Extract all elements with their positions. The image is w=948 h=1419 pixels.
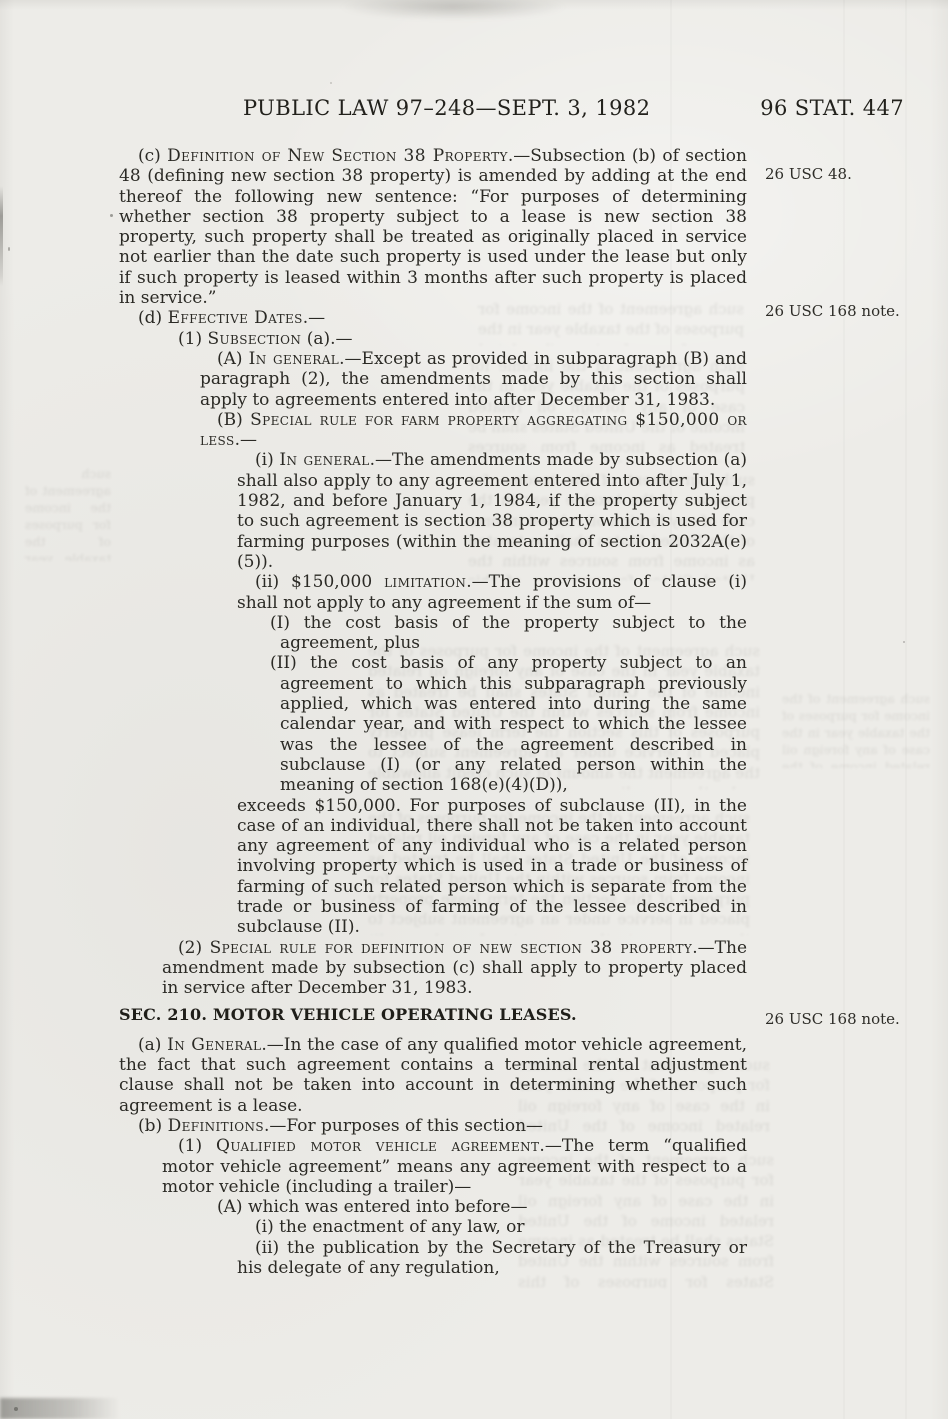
text-run: .— [303,308,325,328]
paragraph-d1Bii-flush: exceeds $150,000. For purposes of subcla… [237,796,747,938]
text-run: (A) which was entered into before— [217,1197,527,1217]
text-run: (a).— [301,329,352,349]
bleed-through-text: such agreement of the income for purpose… [782,690,930,768]
small-caps-run: limitation [384,572,466,592]
text-run: (d) [138,308,168,328]
section-210-heading: SEC. 210. MOTOR VEHICLE OPERATING LEASES… [119,1005,747,1025]
paragraph-d1: (1) Subsection (a).— [162,329,747,349]
text-run: (B) [217,410,250,430]
small-caps-run: Definitions [168,1116,264,1136]
paper-speck [330,82,332,84]
small-caps-run: In General [167,1035,261,1055]
text-run: exceeds $150,000. For purposes of subcla… [237,796,747,938]
text-run: (1) [178,329,207,349]
text-run: (i) the enactment of any law, or [255,1217,525,1237]
paragraph-d1Bii-II: (II) the cost basis of any property subj… [280,653,747,795]
paragraph-210b: (b) Definitions.—For purposes of this se… [119,1116,747,1136]
text-run: (ii) the publication by the Secretary of… [237,1238,747,1278]
text-run: (A) [217,349,249,369]
small-caps-run: Special rule for farm property aggregati… [200,410,747,450]
paragraph-c: (c) Definition of New Section 38 Propert… [119,146,747,308]
text-run: (ii) $150,000 [255,572,384,592]
text-run: .—Subsection (b) of section 48 (defining… [119,146,747,308]
scan-edge-line [0,186,3,286]
paper-speck [903,641,905,643]
paragraph-210a: (a) In General.—In the case of any quali… [119,1035,747,1116]
paper-speck [8,247,10,251]
paragraph-d1Bii: (ii) $150,000 limitation.—The provisions… [237,572,747,613]
scanned-statute-page: such agreement of the income for purpose… [0,0,948,1419]
scan-streak [905,0,907,1419]
paragraph-d1Bi: (i) In general.—The amendments made by s… [237,450,747,572]
paragraph-d1Bii-I: (I) the cost basis of the property subje… [280,613,747,654]
running-head-law: PUBLIC LAW 97–248—SEPT. 3, 1982 [243,96,650,120]
scan-smudge-bottom [0,1398,120,1419]
paragraph-d1B: (B) Special rule for farm property aggre… [200,410,747,451]
text-run: SEC. 210. MOTOR VEHICLE OPERATING LEASES… [119,1005,577,1024]
paragraph-d2: (2) Special rule for definition of new s… [162,938,747,999]
small-caps-run: Special rule for definition of new secti… [210,938,693,958]
text-run: (2) [178,938,210,958]
text-run: .—For purposes of this section— [264,1116,543,1136]
small-caps-run: Definition of New Section 38 Property [167,146,508,166]
paragraph-d1A: (A) In general.—Except as provided in su… [200,349,747,410]
paragraph-d: (d) Effective Dates.— [119,308,747,328]
small-caps-run: In general [249,349,340,369]
small-caps-run: Effective Dates [168,308,303,328]
bleed-through-text: such agreement of the income for purpose… [25,465,111,561]
text-run: (a) [138,1035,167,1055]
running-head-stat-page: 96 STAT. 447 [760,96,904,120]
text-run: (c) [138,146,167,166]
paper-speck [110,214,113,217]
paragraph-210b1Ai: (i) the enactment of any law, or [237,1217,747,1237]
text-run: (1) [178,1136,216,1156]
margin-note: 26 USC 168 note. [765,1010,900,1028]
text-run: .— [235,430,257,450]
scan-smudge-top [338,0,568,20]
text-run: (b) [138,1116,168,1136]
paragraph-210b1A: (A) which was entered into before— [200,1197,747,1217]
margin-note: 26 USC 168 note. [765,302,900,320]
text-run: (I) the cost basis of the property subje… [270,613,747,653]
small-caps-run: Qualified motor vehicle agreement [216,1136,539,1156]
margin-note: 26 USC 48. [765,165,852,183]
paragraph-210b1Aii: (ii) the publication by the Secretary of… [237,1238,747,1279]
scan-streak [843,0,845,1419]
body-column: (c) Definition of New Section 38 Propert… [119,146,747,1278]
text-run: (II) the cost basis of any property subj… [270,653,747,795]
small-caps-run: Subsection [207,329,301,349]
small-caps-run: In general [279,450,369,470]
paragraph-210b1: (1) Qualified motor vehicle agreement.—T… [162,1136,747,1197]
text-run: (i) [255,450,279,470]
